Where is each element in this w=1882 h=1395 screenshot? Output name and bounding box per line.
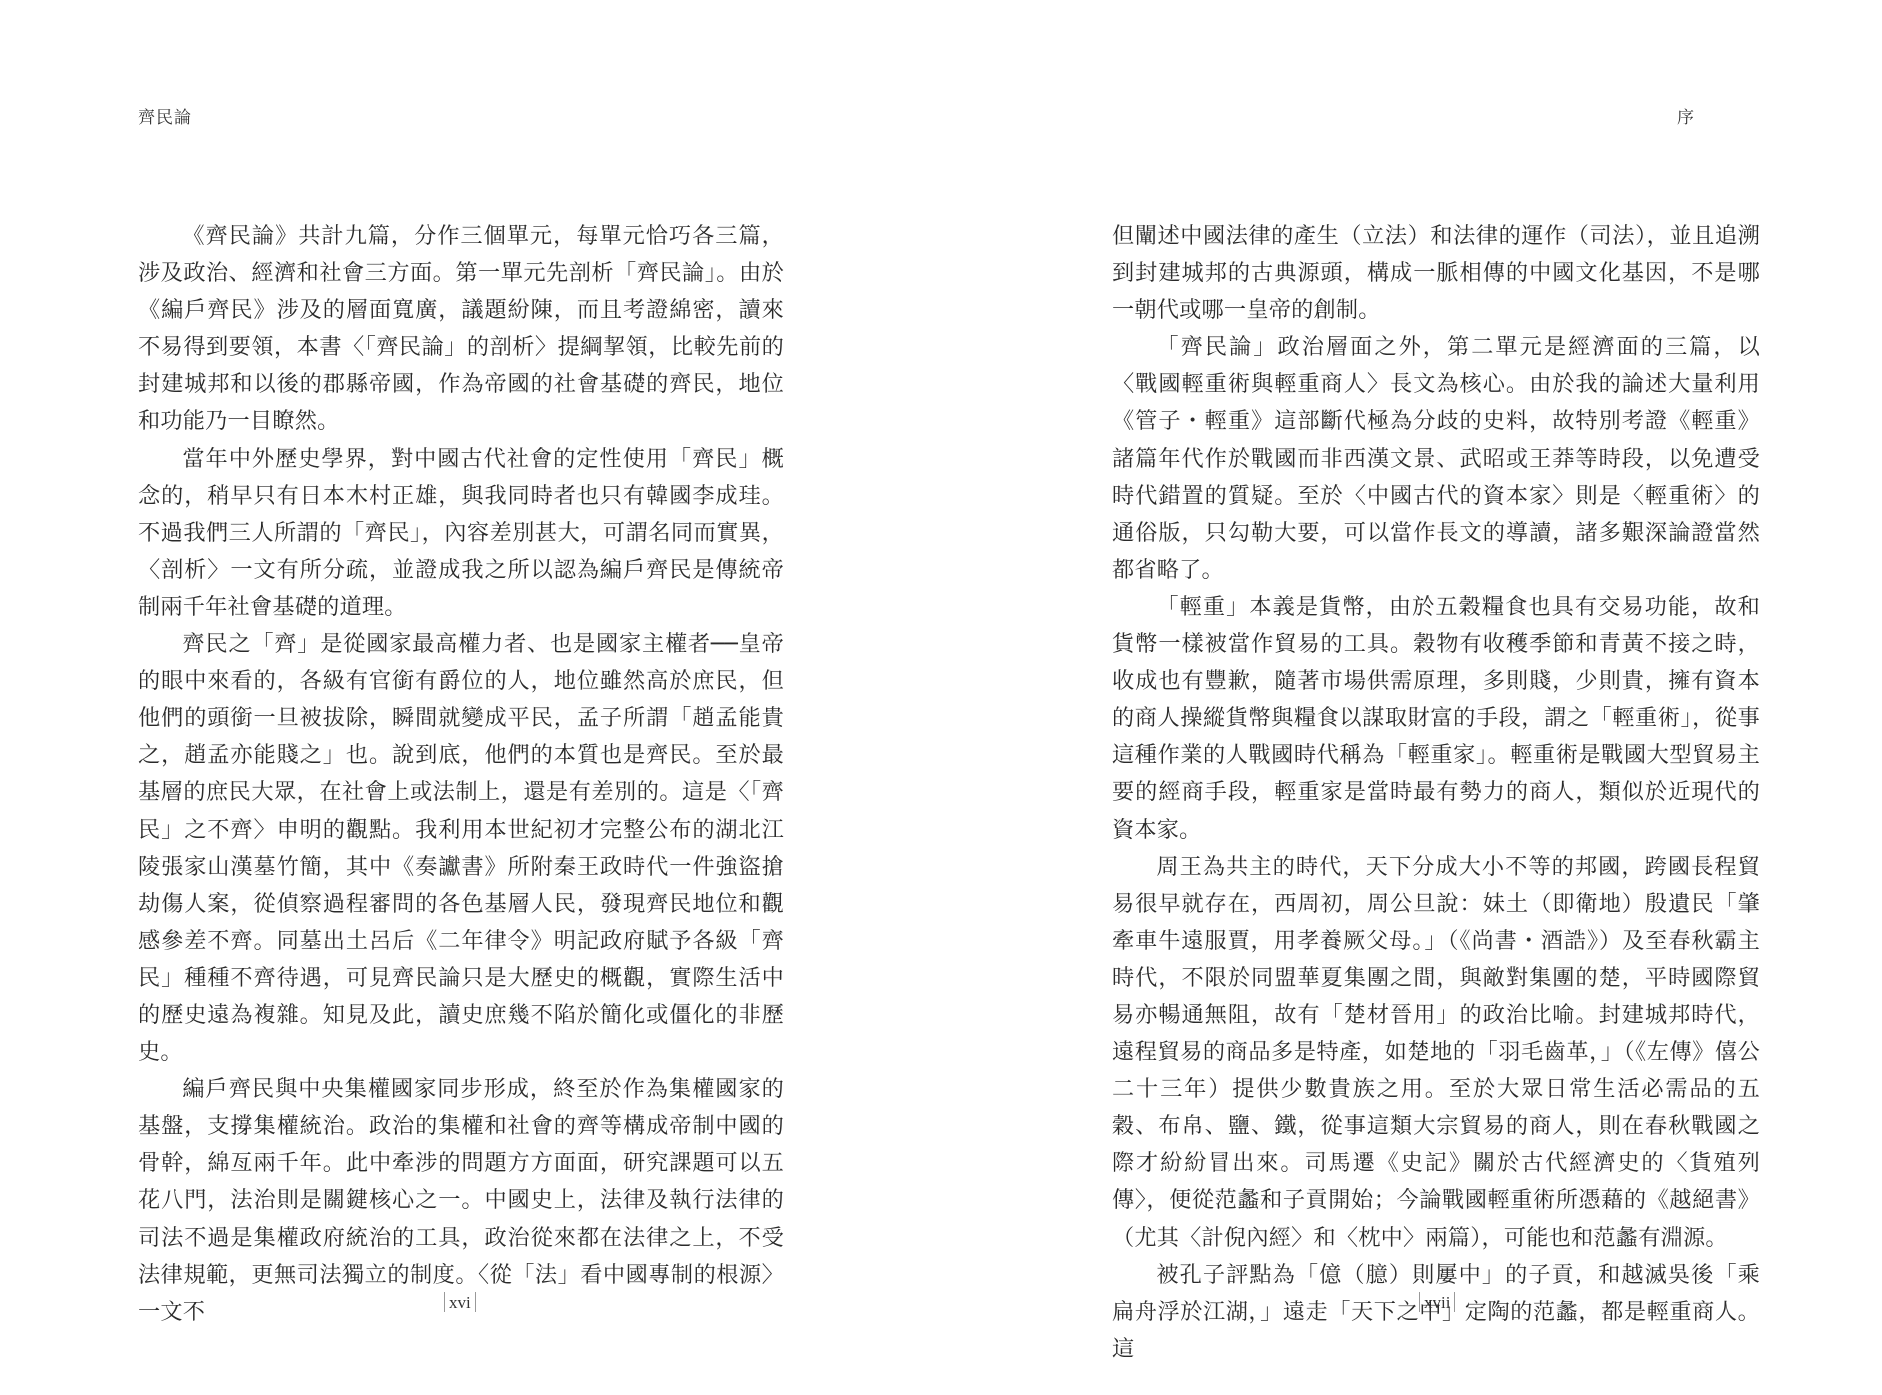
folio-divider-right [475,1292,476,1312]
body-text: 《齊民論》共計九篇，分作三個單元，每單元恰巧各三篇，涉及政治、經濟和社會三方面。… [138,218,784,1331]
page-number-text: xvi [449,1293,471,1312]
paragraph: 「齊民論」政治層面之外，第二單元是經濟面的三篇，以〈戰國輕重術與輕重商人〉長文為… [1112,329,1760,589]
body-text: 但闡述中國法律的產生（立法）和法律的運作（司法），並且追溯到封建城邦的古典源頭，… [1112,218,1760,1368]
paragraph: 「輕重」本義是貨幣，由於五穀糧食也具有交易功能，故和貨幣一樣被當作貿易的工具。穀… [1112,589,1760,849]
folio-divider-left [1419,1292,1420,1312]
paragraph: 當年中外歷史學界，對中國古代社會的定性使用「齊民」概念的，稍早只有日本木村正雄，… [138,441,784,626]
paragraph: 齊民之「齊」是從國家最高權力者、也是國家主權者──皇帝的眼中來看的，各級有官銜有… [138,626,784,1071]
paragraph: 《齊民論》共計九篇，分作三個單元，每單元恰巧各三篇，涉及政治、經濟和社會三方面。… [138,218,784,441]
folio-divider-right [1454,1292,1455,1312]
page-number: xvii [1415,1292,1459,1313]
paragraph: 周王為共主的時代，天下分成大小不等的邦國，跨國長程貿易很早就存在，西周初，周公旦… [1112,849,1760,1257]
left-page: 齊民論 《齊民論》共計九篇，分作三個單元，每單元恰巧各三篇，涉及政治、經濟和社會… [0,0,941,1395]
page-number: xvi [440,1292,480,1313]
running-head-book-title: 齊民論 [138,103,192,128]
folio-divider-left [444,1292,445,1312]
right-page: 序 但闡述中國法律的產生（立法）和法律的運作（司法），並且追溯到封建城邦的古典源… [941,0,1882,1395]
running-head-section-title: 序 [1677,103,1695,128]
page-number-text: xvii [1424,1293,1450,1312]
paragraph-continued: 但闡述中國法律的產生（立法）和法律的運作（司法），並且追溯到封建城邦的古典源頭，… [1112,218,1760,329]
